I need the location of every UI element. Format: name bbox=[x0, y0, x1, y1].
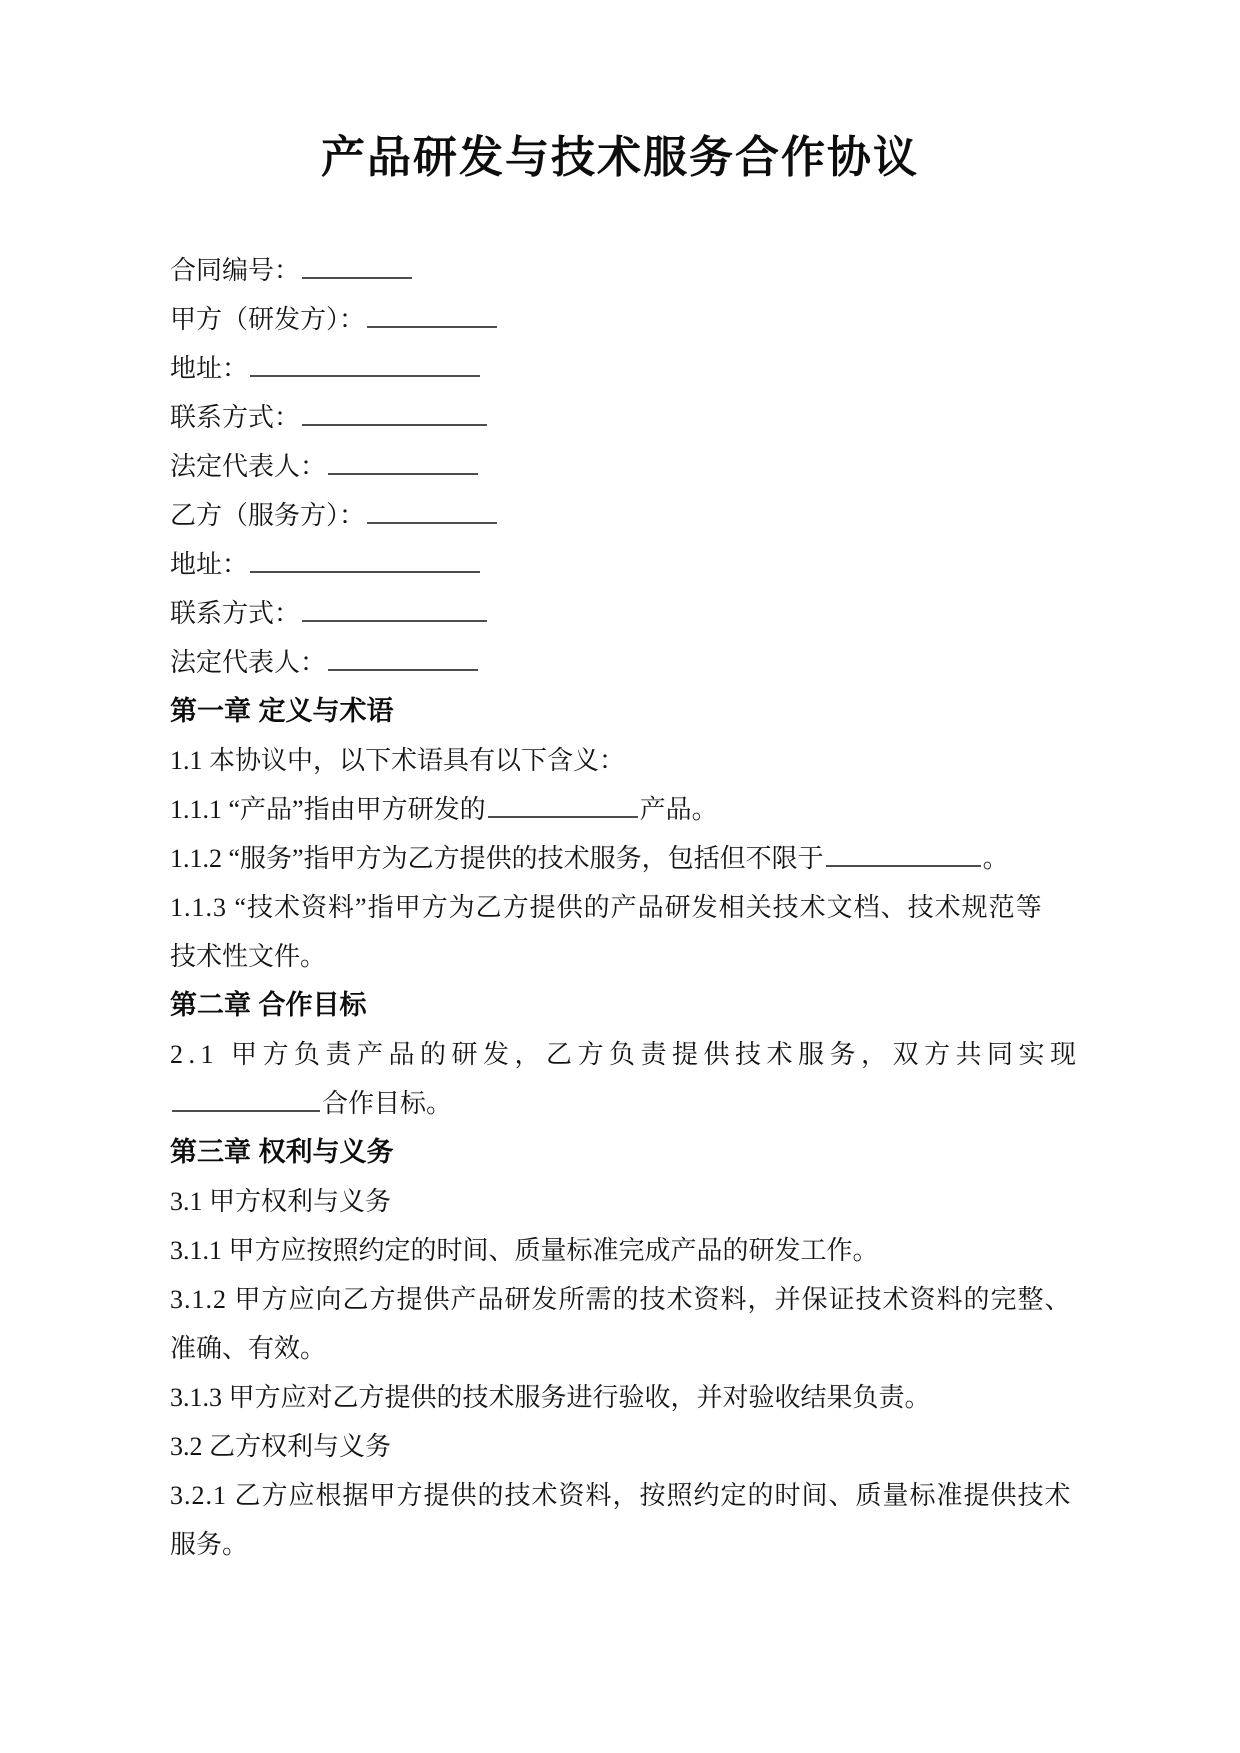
blank-underline bbox=[328, 447, 478, 475]
line-text: 3.1.1 甲方应按照约定的时间、质量标准完成产品的研发工作。 bbox=[170, 1236, 879, 1265]
doc-line: 1.1 本协议中，以下术语具有以下含义： bbox=[170, 736, 1070, 785]
line-text: 1.1.3 “技术资料”指甲方为乙方提供的产品研发相关技术文档、技术规范等 bbox=[170, 893, 1043, 922]
doc-line: 3.1.2 甲方应向乙方提供产品研发所需的技术资料，并保证技术资料的完整、 bbox=[170, 1275, 1070, 1324]
line-text: 产品。 bbox=[640, 795, 718, 824]
line-text: 地址： bbox=[170, 354, 248, 383]
line-text: 1.1 本协议中，以下术语具有以下含义： bbox=[170, 746, 625, 775]
document-page: 产品研发与技术服务合作协议 合同编号：甲方（研发方）：地址：联系方式：法定代表人… bbox=[0, 0, 1240, 1753]
doc-line: 3.1 甲方权利与义务 bbox=[170, 1177, 1070, 1226]
blank-underline bbox=[250, 349, 480, 377]
blank-underline bbox=[488, 790, 638, 818]
doc-line: 准确、有效。 bbox=[170, 1324, 1070, 1373]
line-text: 合同编号： bbox=[170, 256, 300, 285]
line-text: 合作目标。 bbox=[322, 1089, 452, 1118]
blank-underline bbox=[302, 594, 487, 622]
section-heading: 第一章 定义与术语 bbox=[170, 687, 1070, 736]
blank-underline bbox=[302, 251, 412, 279]
line-text: 准确、有效。 bbox=[170, 1334, 326, 1363]
doc-line: 2.1 甲方负责产品的研发，乙方负责提供技术服务，双方共同实现 bbox=[170, 1030, 1070, 1079]
line-text: 乙方（服务方）： bbox=[170, 501, 365, 530]
doc-line: 3.2.1 乙方应根据甲方提供的技术资料，按照约定的时间、质量标准提供技术 bbox=[170, 1471, 1070, 1520]
doc-line: 乙方（服务方）： bbox=[170, 491, 1070, 540]
doc-line: 3.1.3 甲方应对乙方提供的技术服务进行验收，并对验收结果负责。 bbox=[170, 1373, 1070, 1422]
line-text: 。 bbox=[983, 844, 1009, 873]
doc-line: 合作目标。 bbox=[170, 1079, 1070, 1128]
line-text: 1.1.2 “服务”指甲方为乙方提供的技术服务，包括但不限于 bbox=[170, 844, 824, 873]
line-text: 2.1 甲方负责产品的研发，乙方负责提供技术服务，双方共同实现 bbox=[170, 1040, 1082, 1069]
line-text: 甲方（研发方）： bbox=[170, 305, 365, 334]
section-heading: 第二章 合作目标 bbox=[170, 981, 1070, 1030]
contract-document: 产品研发与技术服务合作协议 合同编号：甲方（研发方）：地址：联系方式：法定代表人… bbox=[170, 0, 1070, 1569]
line-text: 1.1.1 “产品”指由甲方研发的 bbox=[170, 795, 486, 824]
line-text: 联系方式： bbox=[170, 599, 300, 628]
blank-underline bbox=[172, 1084, 320, 1112]
doc-line: 联系方式： bbox=[170, 393, 1070, 442]
line-text: 第一章 定义与术语 bbox=[170, 696, 394, 726]
blank-underline bbox=[367, 496, 497, 524]
line-text: 第三章 权利与义务 bbox=[170, 1137, 394, 1167]
blank-underline bbox=[302, 398, 487, 426]
line-text: 3.1 甲方权利与义务 bbox=[170, 1187, 391, 1216]
doc-line: 1.1.2 “服务”指甲方为乙方提供的技术服务，包括但不限于。 bbox=[170, 834, 1070, 883]
doc-line: 3.1.1 甲方应按照约定的时间、质量标准完成产品的研发工作。 bbox=[170, 1226, 1070, 1275]
line-text: 3.1.3 甲方应对乙方提供的技术服务进行验收，并对验收结果负责。 bbox=[170, 1383, 931, 1412]
doc-line: 1.1.3 “技术资料”指甲方为乙方提供的产品研发相关技术文档、技术规范等 bbox=[170, 883, 1070, 932]
blank-underline bbox=[367, 300, 497, 328]
doc-line: 地址： bbox=[170, 540, 1070, 589]
blank-underline bbox=[826, 839, 981, 867]
doc-line: 联系方式： bbox=[170, 589, 1070, 638]
blank-underline bbox=[250, 545, 480, 573]
line-text: 联系方式： bbox=[170, 403, 300, 432]
doc-line: 地址： bbox=[170, 344, 1070, 393]
line-text: 3.2 乙方权利与义务 bbox=[170, 1432, 391, 1461]
doc-line: 甲方（研发方）： bbox=[170, 295, 1070, 344]
line-text: 3.1.2 甲方应向乙方提供产品研发所需的技术资料，并保证技术资料的完整、 bbox=[170, 1285, 1072, 1314]
line-text: 3.2.1 乙方应根据甲方提供的技术资料，按照约定的时间、质量标准提供技术 bbox=[170, 1481, 1072, 1510]
section-heading: 第三章 权利与义务 bbox=[170, 1128, 1070, 1177]
line-text: 地址： bbox=[170, 550, 248, 579]
document-body: 合同编号：甲方（研发方）：地址：联系方式：法定代表人：乙方（服务方）：地址：联系… bbox=[170, 246, 1070, 1569]
document-title: 产品研发与技术服务合作协议 bbox=[170, 128, 1070, 188]
line-text: 法定代表人： bbox=[170, 452, 326, 481]
doc-line: 法定代表人： bbox=[170, 638, 1070, 687]
line-text: 法定代表人： bbox=[170, 648, 326, 677]
blank-underline bbox=[328, 643, 478, 671]
line-text: 技术性文件。 bbox=[170, 942, 326, 971]
doc-line: 技术性文件。 bbox=[170, 932, 1070, 981]
doc-line: 合同编号： bbox=[170, 246, 1070, 295]
doc-line: 1.1.1 “产品”指由甲方研发的产品。 bbox=[170, 785, 1070, 834]
line-text: 第二章 合作目标 bbox=[170, 990, 367, 1020]
doc-line: 服务。 bbox=[170, 1520, 1070, 1569]
doc-line: 法定代表人： bbox=[170, 442, 1070, 491]
line-text: 服务。 bbox=[170, 1530, 248, 1559]
doc-line: 3.2 乙方权利与义务 bbox=[170, 1422, 1070, 1471]
